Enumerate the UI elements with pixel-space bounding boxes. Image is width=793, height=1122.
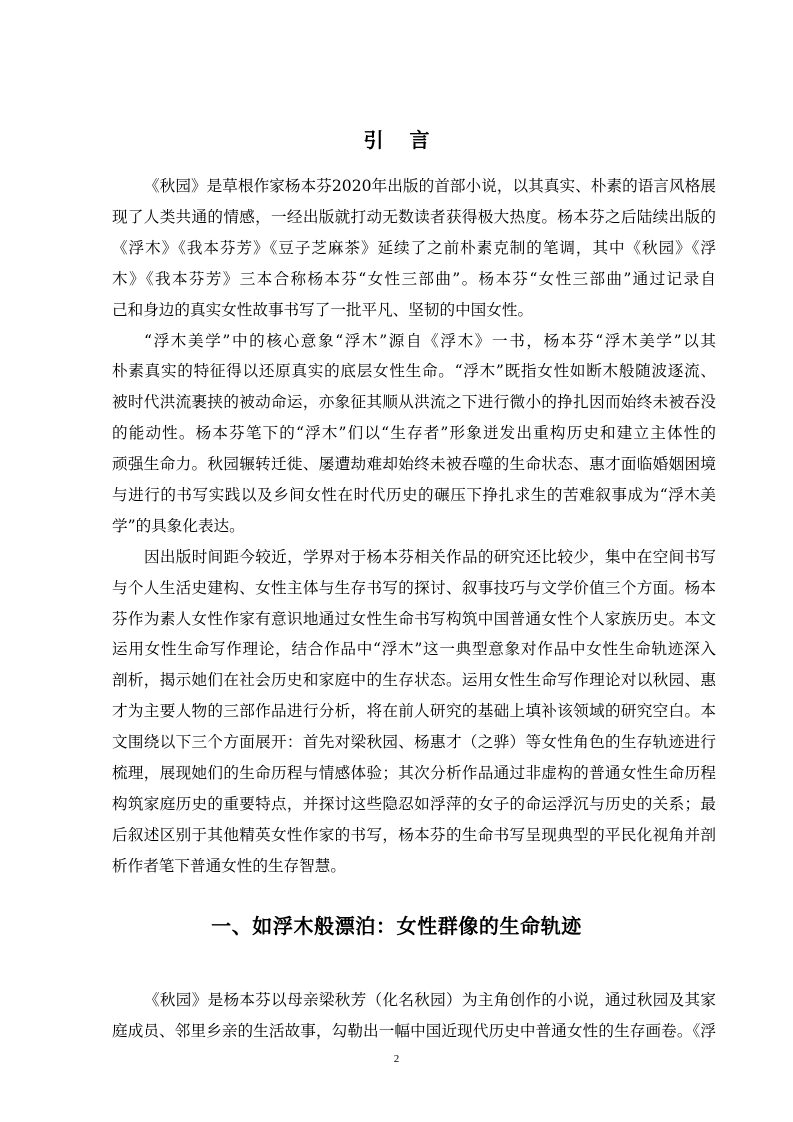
paragraph-line: 被时代洪流裹挟的被动命运，亦象征其顺从洪流之下进行微小的挣扎因而始终未被吞没 — [80, 387, 720, 418]
paragraph-line: 梳理，展现她们的生命历程与情感体验；其次分析作品通过非虚构的普通女性生命历程 — [80, 758, 720, 789]
paragraph-line: 现了人类共通的情感，一经出版就打动无数读者获得极大热度。杨本芬之后陆续出版的 — [80, 202, 720, 233]
section1-paragraph-1: 《秋园》是杨本芬以母亲梁秋芳（化名秋园）为主角创作的小说，通过秋园及其家 庭成员… — [80, 985, 720, 1047]
document-page: 引言 《秋园》是草根作家杨本芬2020年出版的首部小说，以其真实、朴素的语言风格… — [0, 0, 793, 1122]
paragraph-line: 析作者笔下普通女性的生存智慧。 — [80, 851, 720, 882]
paragraph-line: 《秋园》是杨本芬以母亲梁秋芳（化名秋园）为主角创作的小说，通过秋园及其家 — [80, 985, 720, 1016]
intro-paragraph-1: 《秋园》是草根作家杨本芬2020年出版的首部小说，以其真实、朴素的语言风格展 现… — [80, 171, 720, 325]
paragraph-line: 己和身边的真实女性故事书写了一批平凡、坚韧的中国女性。 — [80, 295, 720, 326]
page-title: 引言 — [0, 126, 793, 154]
title-char-2: 言 — [410, 128, 430, 152]
paragraph-line: 《浮木》《我本芬芳》《豆子芝麻茶》延续了之前朴素克制的笔调，其中《秋园》《浮 — [80, 233, 720, 264]
paragraph-line: 朴素真实的特征得以还原真实的底层女性生命。“浮木”既指女性如断木般随波逐流、 — [80, 356, 720, 387]
section-heading: 一、如浮木般漂泊：女性群像的生命轨迹 — [0, 910, 793, 942]
paragraph-line: “浮木美学”中的核心意象“浮木”源自《浮木》一书，杨本芬“浮木美学”以其 — [80, 326, 720, 357]
intro-paragraph-2: “浮木美学”中的核心意象“浮木”源自《浮木》一书，杨本芬“浮木美学”以其 朴素真… — [80, 326, 720, 542]
paragraph-line: 庭成员、邻里乡亲的生活故事，勾勒出一幅中国近现代历史中普通女性的生存画卷。《浮 — [80, 1016, 720, 1047]
paragraph-line: 因出版时间距今较近，学界对于杨本芬相关作品的研究还比较少，集中在空间书写 — [80, 542, 720, 573]
paragraph-line: 运用女性生命写作理论，结合作品中“浮木”这一典型意象对作品中女性生命轨迹深入 — [80, 634, 720, 665]
paragraph-line: 才为主要人物的三部作品进行分析，将在前人研究的基础上填补该领域的研究空白。本 — [80, 696, 720, 727]
paragraph-line: 后叙述区别于其他精英女性作家的书写，杨本芬的生命书写呈现典型的平民化视角并剖 — [80, 820, 720, 851]
paragraph-line: 顽强生命力。秋园辗转迁徙、屡遭劫难却始终未被吞噬的生命状态、惠才面临婚姻困境 — [80, 449, 720, 480]
paragraph-line: 与个人生活史建构、女性主体与生存书写的探讨、叙事技巧与文学价值三个方面。杨本 — [80, 573, 720, 604]
paragraph-line: 芬作为素人女性作家有意识地通过女性生命书写构筑中国普通女性个人家族历史。本文 — [80, 604, 720, 635]
paragraph-line: 学”的具象化表达。 — [80, 511, 720, 542]
intro-paragraph-3: 因出版时间距今较近，学界对于杨本芬相关作品的研究还比较少，集中在空间书写 与个人… — [80, 542, 720, 882]
paragraph-line: 与进行的书写实践以及乡间女性在时代历史的碾压下挣扎求生的苦难叙事成为“浮木美 — [80, 480, 720, 511]
paragraph-line: 构筑家庭历史的重要特点，并探讨这些隐忍如浮萍的女子的命运浮沉与历史的关系；最 — [80, 789, 720, 820]
paragraph-line: 木》《我本芬芳》三本合称杨本芬“女性三部曲”。杨本芬“女性三部曲”通过记录自 — [80, 264, 720, 295]
paragraph-line: 剖析，揭示她们在社会历史和家庭中的生存状态。运用女性生命写作理论对以秋园、惠 — [80, 665, 720, 696]
paragraph-line: 的能动性。杨本芬笔下的“浮木”们以“生存者”形象迸发出重构历史和建立主体性的 — [80, 418, 720, 449]
paragraph-line: 文围绕以下三个方面展开：首先对梁秋园、杨惠才（之骅）等女性角色的生存轨迹进行 — [80, 727, 720, 758]
page-number: 2 — [0, 1051, 793, 1067]
paragraph-line: 《秋园》是草根作家杨本芬2020年出版的首部小说，以其真实、朴素的语言风格展 — [80, 171, 720, 202]
title-char-1: 引 — [364, 128, 384, 152]
